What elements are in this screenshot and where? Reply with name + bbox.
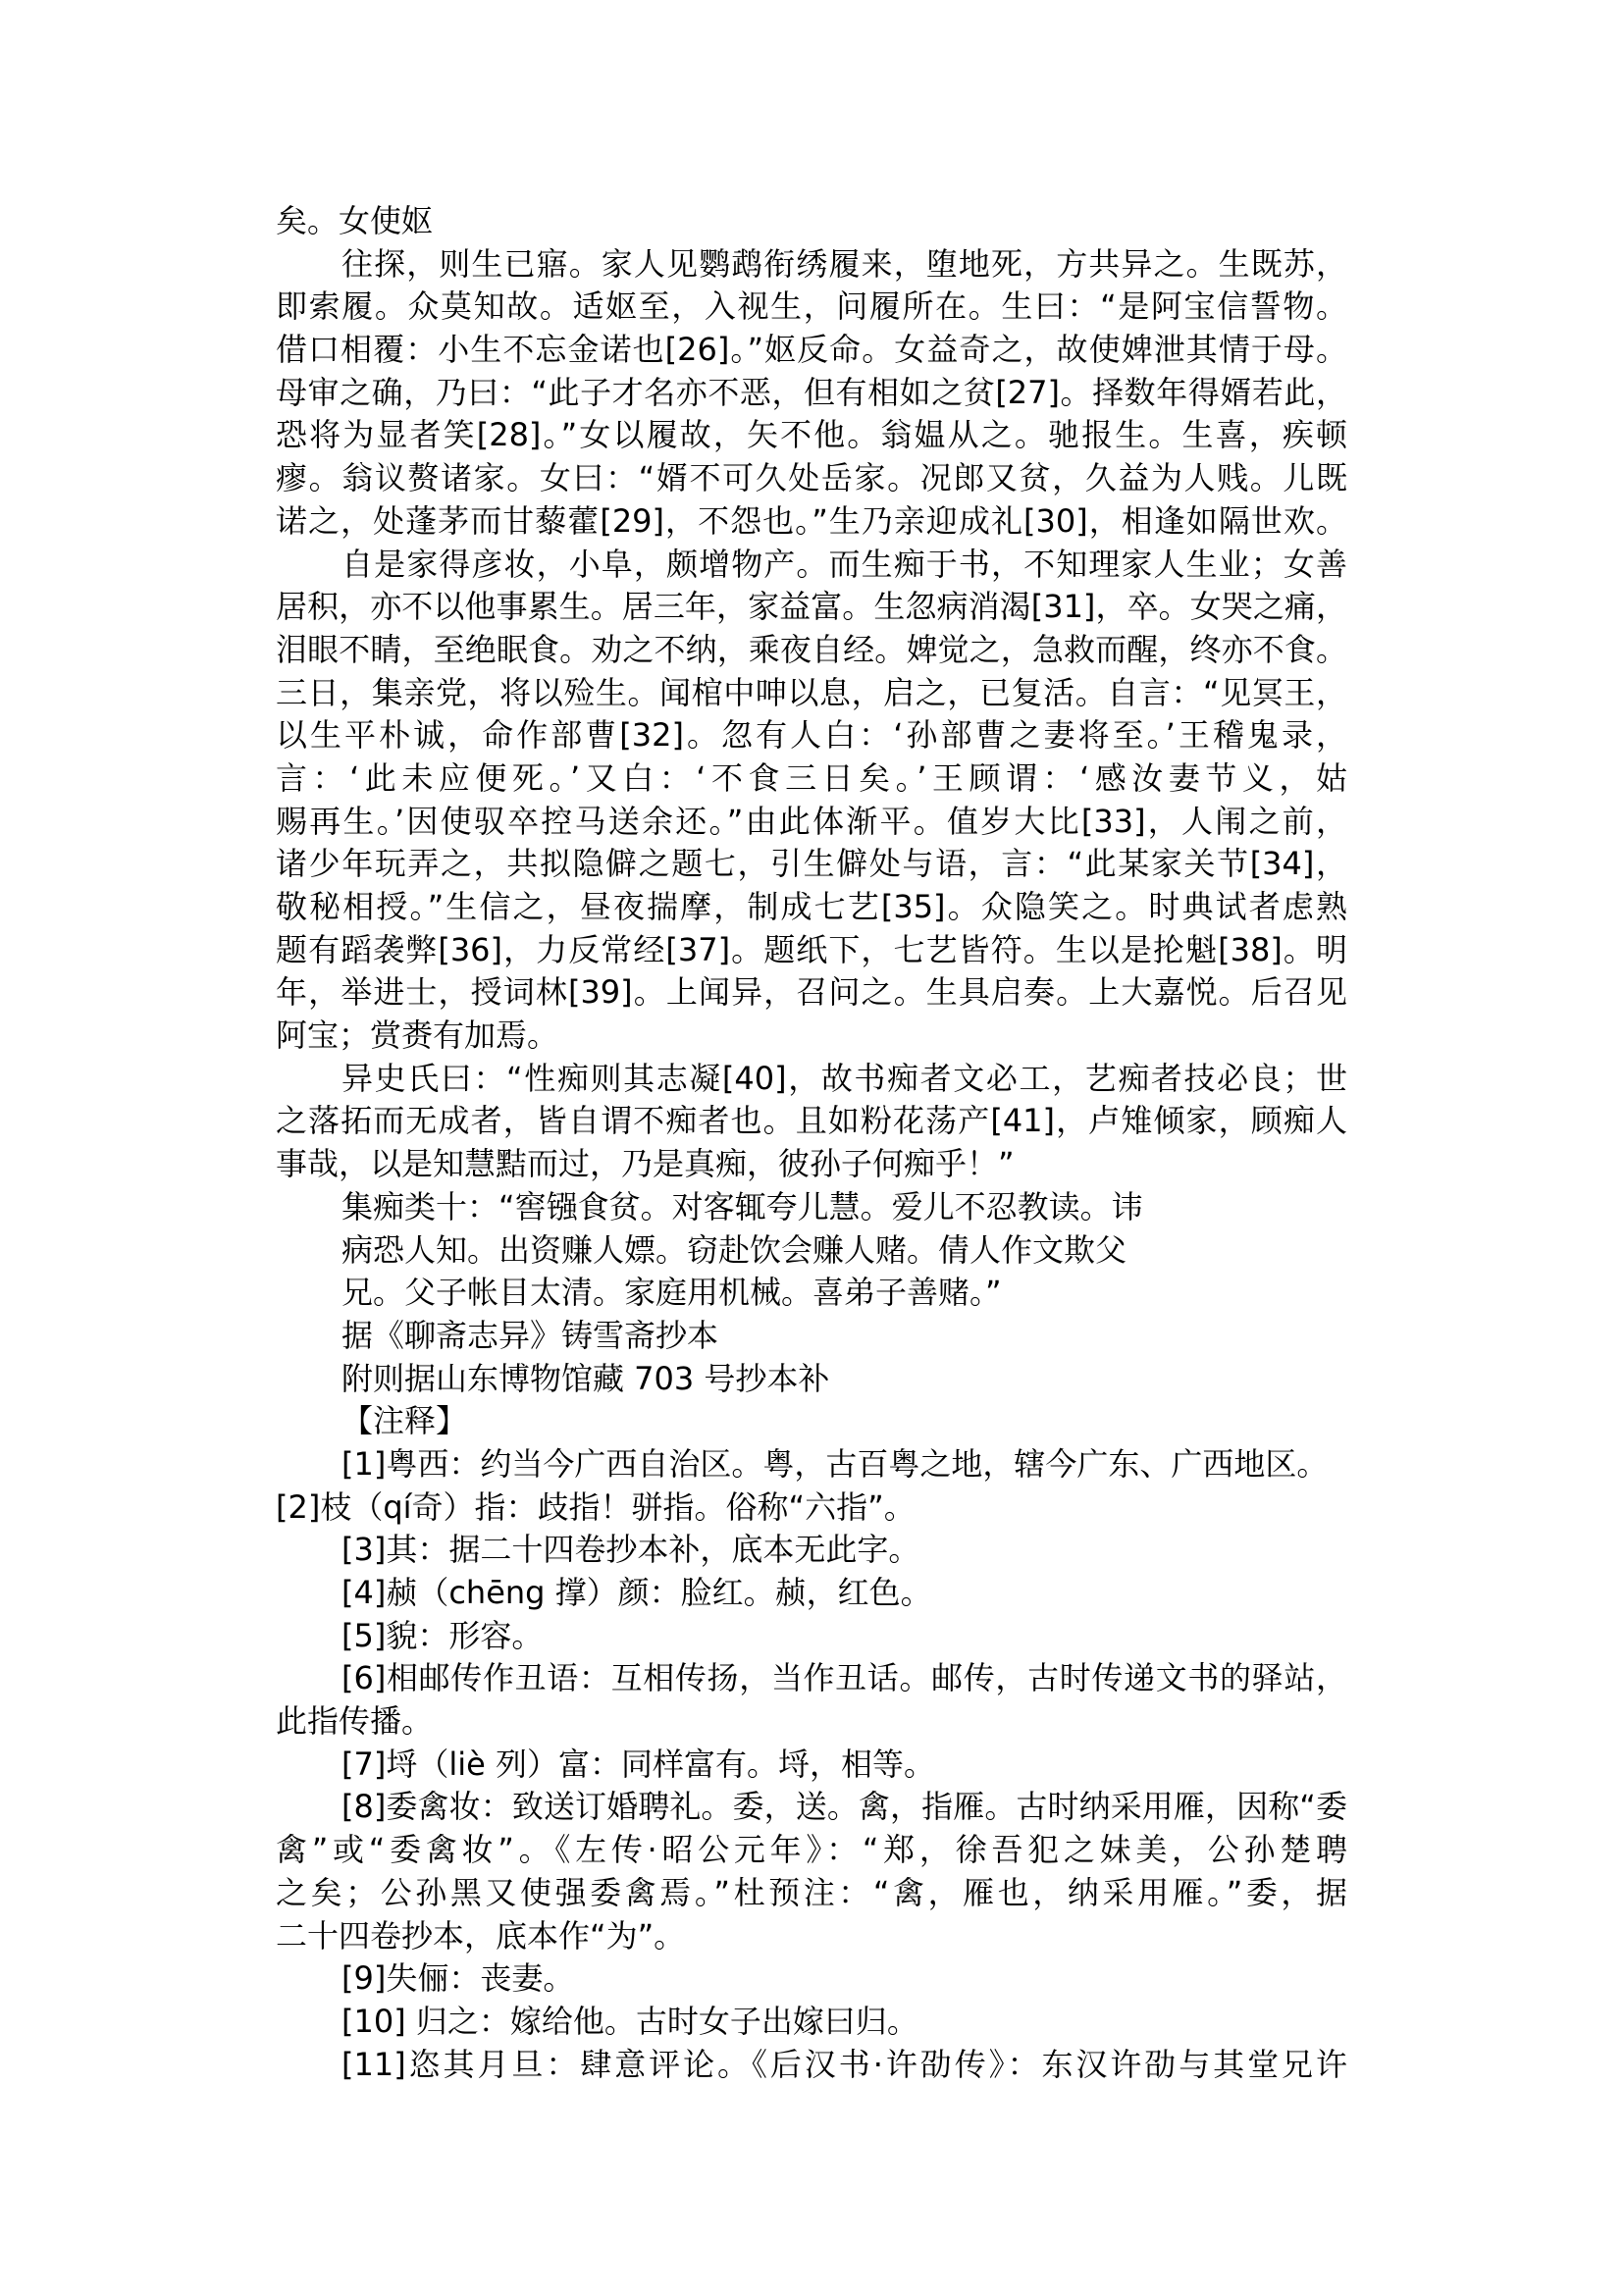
text-line: 病恐人知。出资赚人嫖。窃赴饮会赚人赌。倩人作文欺父 xyxy=(276,1229,1355,1273)
text-line: [10] 归之：嫁给他。古时女子出嫁曰归。 xyxy=(276,2001,1355,2044)
text-line: 禽”或“委禽妆”。《左传·昭公元年》：“郑，徐吾犯之妹美，公孙楚聘 xyxy=(276,1829,1347,1872)
text-line: 阿宝；赏赉有加焉。 xyxy=(276,1015,1355,1058)
text-line: 恐将为显者笑[28]。”女以履故，矢不他。翁媪从之。驰报生。生喜，疾顿 xyxy=(276,414,1347,457)
text-line: 即索履。众莫知故。适妪至，入视生，问履所在。生曰：“是阿宝信誓物。 xyxy=(276,286,1347,329)
text-line: 【注释】 xyxy=(276,1400,1355,1443)
text-line: [8]委禽妆：致送订婚聘礼。委，送。禽，指雁。古时纳采用雁，因称“委 xyxy=(276,1786,1347,1829)
text-line: 自是家得彦妆，小阜，颇增物产。而生痴于书，不知理家人生业；女善 xyxy=(276,544,1347,587)
text-line: [5]貌：形容。 xyxy=(276,1615,1355,1658)
text-line: 言：‘此未应便死。’又白：‘不食三日矣。’王顾谓：‘感汝妻节义，姑 xyxy=(276,757,1347,801)
text-line: 诺之，处蓬茅而甘藜藿[29]，不怨也。”生乃亲迎成礼[30]，相逢如隔世欢。 xyxy=(276,500,1347,544)
text-line: 之落拓而无成者，皆自谓不痴者也。且如粉花荡产[41]，卢雉倾家，顾痴人 xyxy=(276,1100,1347,1143)
text-line: [6]相邮传作丑语：互相传扬，当作丑话。邮传，古时传递文书的驿站， xyxy=(276,1657,1347,1700)
text-line: 事哉，以是知慧黠而过，乃是真痴，彼孙子何痴乎！” xyxy=(276,1143,1355,1186)
text-line: [11]恣其月旦：肆意评论。《后汉书·许劭传》：东汉许劭与其堂兄许 xyxy=(276,2044,1347,2087)
text-line: 附则据山东博物馆藏 703 号抄本补 xyxy=(276,1358,1355,1401)
text-line: 往探，则生已寤。家人见鹦鹉衔绣履来，堕地死，方共异之。生既苏， xyxy=(276,243,1347,287)
text-line: 矣。女使妪 xyxy=(276,200,1355,243)
text-line: 瘳。翁议赘诸家。女曰：“婿不可久处岳家。况郎又贫，久益为人贱。儿既 xyxy=(276,457,1347,500)
text-line: 兄。父子帐目太清。家庭用机械。喜弟子善赌。” xyxy=(276,1272,1355,1315)
text-line: 三日，集亲党，将以殓生。闻棺中呻以息，启之，已复活。自言：“见冥王， xyxy=(276,672,1347,715)
text-line: 居积，亦不以他事累生。居三年，家益富。生忽病消渴[31]，卒。女哭之痛， xyxy=(276,586,1347,629)
document-page: 矣。女使妪往探，则生已寤。家人见鹦鹉衔绣履来，堕地死，方共异之。生既苏，即索履。… xyxy=(276,200,1355,2086)
text-line: 此指传播。 xyxy=(276,1700,1355,1744)
text-line: 赐再生。’因使驭卒控马送余还。”由此体渐平。值岁大比[33]，人闱之前， xyxy=(276,801,1347,844)
text-line: 借口相覆：小生不忘金诺也[26]。”妪反命。女益奇之，故使婢泄其情于母。 xyxy=(276,329,1347,372)
text-line: 题有蹈袭弊[36]，力反常经[37]。题纸下，七艺皆符。生以是抡魁[38]。明 xyxy=(276,929,1347,972)
text-line: 泪眼不睛，至绝眠食。劝之不纳，乘夜自经。婢觉之，急救而醒，终亦不食。 xyxy=(276,629,1347,672)
text-line: 母审之确，乃曰：“此子才名亦不恶，但有相如之贫[27]。择数年得婿若此， xyxy=(276,372,1347,415)
text-line: 以生平朴诚，命作部曹[32]。忽有人白：‘孙部曹之妻将至。’王稽鬼录， xyxy=(276,714,1347,757)
text-line: [7]埒（liè 列）富：同样富有。埒，相等。 xyxy=(276,1744,1355,1787)
text-line: [2]枝（qí奇）指：歧指！骈指。俗称“六指”。 xyxy=(276,1486,1355,1530)
text-line: [1]粤西：约当今广西自治区。粤，古百粤之地，辖今广东、广西地区。 xyxy=(276,1443,1355,1486)
text-line: [4]赪（chēng 撑）颜：脸红。赪，红色。 xyxy=(276,1572,1355,1615)
text-line: 之矣；公孙黑又使强委禽焉。”杜预注：“禽，雁也，纳采用雁。”委，据 xyxy=(276,1872,1347,1915)
text-line: 诸少年玩弄之，共拟隐僻之题七，引生僻处与语，言：“此某家关节[34]， xyxy=(276,843,1347,886)
text-line: 敬秘相授。”生信之，昼夜揣摩，制成七艺[35]。众隐笑之。时典试者虑熟 xyxy=(276,886,1347,929)
text-line: 集痴类十：“窖镪食贫。对客辄夸儿慧。爱儿不忍教读。讳 xyxy=(276,1186,1355,1229)
text-line: [9]失俪：丧妻。 xyxy=(276,1957,1355,2001)
text-line: 异史氏曰：“性痴则其志凝[40]，故书痴者文必工，艺痴者技必良；世 xyxy=(276,1058,1347,1101)
text-line: [3]其：据二十四卷抄本补，底本无此字。 xyxy=(276,1529,1355,1572)
text-line: 二十四卷抄本，底本作“为”。 xyxy=(276,1915,1355,1958)
text-line: 年，举进士，授词林[39]。上闻异，召问之。生具启奏。上大嘉悦。后召见 xyxy=(276,971,1347,1015)
text-line: 据《聊斋志异》铸雪斋抄本 xyxy=(276,1315,1355,1358)
